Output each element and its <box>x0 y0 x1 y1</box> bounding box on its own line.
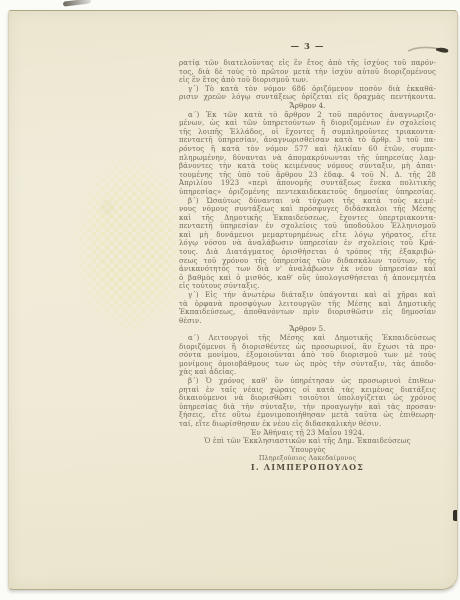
text-line: λόγῳ νόσου νὰ ἀναλάβωσιν ὑπηρεσίαν ἐν σχ… <box>179 239 436 248</box>
text-line: πενταετῆ ὑπηρεσίαν ἐν σχολείοις τοῦ ὑποδ… <box>179 222 436 231</box>
text-line: τὰ ὀρφανὰ προσφύγων λειτουργῶν τῆς Μέσης… <box>179 300 436 309</box>
text-line: α΄) Ἐκ τῶν κατὰ τὸ ἄρθρον 2 τοῦ παρόντος… <box>179 111 436 120</box>
text-line: ὑπηρεσίας» ὁριζομένης πεντεκαιδεκαετοῦς … <box>179 188 436 197</box>
text-line: πληρωμένην, δύνανται νὰ ἀπομακρύνωνται τ… <box>179 154 436 163</box>
text-column: ρατίᾳ τῶν διατελοῦντας εἰς ἓν ἔτος ἀπὸ τ… <box>179 59 436 473</box>
text-line: τους. Διὰ Διατάγματος ὁρισθήσεται ὁ τρόπ… <box>179 248 436 257</box>
text-line: μένων, ὡς καὶ τῶν ὑπηρετούντων ἢ διοριζο… <box>179 119 436 128</box>
page-number: — 3 — <box>179 42 436 52</box>
text-line: Ἐκπαιδεύσεως, ἀποθανόντων πρὶν διορισθῶσ… <box>179 308 436 317</box>
text-line: θέσιν. <box>179 317 436 326</box>
text-line: χὰς καὶ ἀδείας. <box>179 368 436 377</box>
text-line: βάνοντες τὴν κατὰ τοὺς κειμένους νόμους … <box>179 162 436 171</box>
text-line: α΄) Λειτουργοὶ τῆς Μέσης καὶ Δημοτικῆς Ἐ… <box>179 334 436 343</box>
document-page: — 3 — ρατίᾳ τῶν διατελοῦντας εἰς ἓν ἔτος… <box>8 10 458 590</box>
edge-notch <box>453 510 457 521</box>
text-line: καὶ τῆς Δημοτικῆς Ἐκπαιδεύσεως, ἔχοντες … <box>179 214 436 223</box>
text-line: τος, διὰ δὲ τοὺς τὸ πρῶτον μετὰ τὴν ἰσχὺ… <box>179 68 436 77</box>
text-line: ταί, εἴτε διωρίσθησαν ἐκ νέου εἰς διδασκ… <box>179 420 436 429</box>
text-line: Ἐν Ἀθήναις τῇ 23 Μαΐου 1924. <box>179 429 436 438</box>
text-line: δικαιούμενοι νὰ διορισθῶσι τοιοῦτοι ὑπολ… <box>179 394 436 403</box>
text-line: ρατίᾳ τῶν διατελοῦντας εἰς ἓν ἔτος ἀπὸ τ… <box>179 59 436 68</box>
text-line: ἀνικανότητός των διὰ ν' ἀναλάβωσιν ἐκ νέ… <box>179 265 436 274</box>
text-line: εἰς ἓν ἔτος ἀπὸ τοῦ διορισμοῦ των. <box>179 76 436 85</box>
show-through-pattern <box>69 133 195 365</box>
text-line: σόντα μονίμου, ἐξομοιοῦνται ἀπὸ τοῦ διορ… <box>179 351 436 360</box>
text-line: β΄) Ὡσαύτως δύνανται νὰ τύχωσι τῆς κατὰ … <box>179 197 436 206</box>
text-line: πενταετῆ ὑπηρεσίαν, ἀναγνωρισθεῖσαν κατὰ… <box>179 136 436 145</box>
text-line: εἰς τούτους σύνταξις. <box>179 282 436 291</box>
text-line: Πληρεξούσιος Λακεδαίμονος <box>179 454 436 463</box>
text-line: Ι. ΛΙΜΠΕΡΟΠΟΥΛΟΣ <box>179 464 436 473</box>
text-line: ξήσεις, εἴτε οὕτω ἐμονιμοποιήθησαν μετὰ … <box>179 411 436 420</box>
text-line: νους νόμους συντάξεως καὶ πρόσφυγες διδά… <box>179 205 436 214</box>
text-line: β΄) Ὁ χρόνος καθ' ὃν ὑπηρέτησαν ὡς προσω… <box>179 377 436 386</box>
text-line: σεως τοῦ χρόνου τῆς ὑπηρεσίας τῶν διδασκ… <box>179 257 436 266</box>
text-line: ρισιν χρεῶν λόγῳ συντάξεως ὁρίζεται εἰς … <box>179 93 436 102</box>
text-line: Ἄρθρον 4. <box>179 102 436 111</box>
scan-canvas: — 3 — ρατίᾳ τῶν διατελοῦντας εἰς ἓν ἔτος… <box>0 0 460 600</box>
text-line: Ἄρθρον 5. <box>179 325 436 334</box>
text-line: Ἀπριλίου 1923 «περὶ ἀπονομῆς συντάξεως ἕ… <box>179 179 436 188</box>
edge-smudge-mark <box>63 0 91 7</box>
text-line: γ΄) Εἰς τὴν ἀνωτέρω διάταξιν ὑπάγονται κ… <box>179 291 436 300</box>
text-line: Ὁ ἐπὶ τῶν Ἐκκλησιαστικῶν καὶ τῆς Δημ. Ἐκ… <box>179 437 436 446</box>
text-line: ρόντος ἢ κατὰ τὸν νόμον 577 καὶ ἡλικίαν … <box>179 145 436 154</box>
text-line: ρηταὶ ἐν ταῖς νέαις χώραις οἱ κατὰ τὰς κ… <box>179 386 436 395</box>
text-line: διοριζόμενοι ἢ διορισθέντες ὡς προσωρινο… <box>179 343 436 352</box>
